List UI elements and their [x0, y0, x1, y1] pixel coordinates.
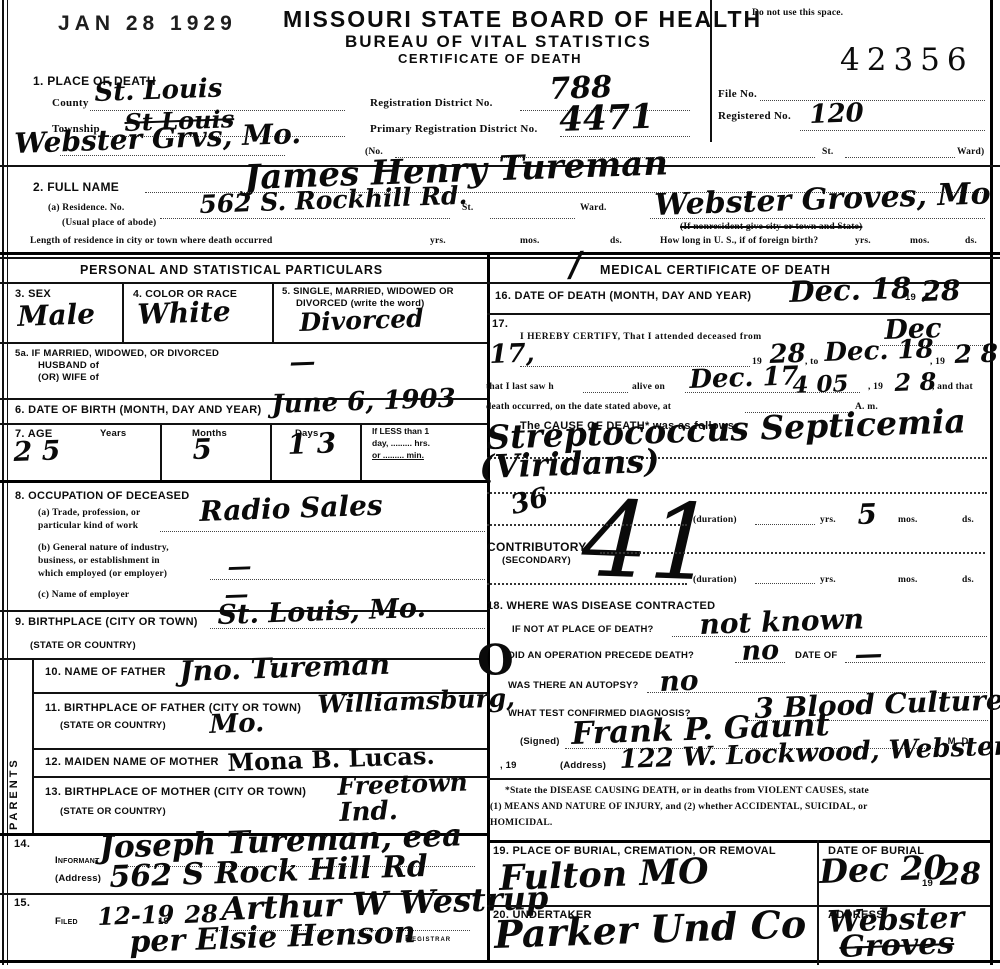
- primary-reg-label: Primary Registration District No.: [370, 123, 538, 135]
- lastsaw-dots2: [685, 392, 860, 393]
- county-value: St. Louis: [94, 74, 223, 108]
- birthplace-label: 9. BIRTHPLACE (CITY OR TOWN): [15, 616, 198, 628]
- residence-st-line: [490, 218, 575, 219]
- father-label: 10. NAME OF FATHER: [45, 666, 166, 678]
- duration1-dots: [487, 524, 687, 526]
- industry-label-3: which employed (or employer): [38, 569, 167, 579]
- header-box-divider: [710, 0, 712, 142]
- trade-label-1: (a) Trade, profession, or: [38, 508, 140, 518]
- lastsaw-year: 2 8: [894, 367, 937, 397]
- certify2-year-prefix2: , 19: [930, 357, 945, 367]
- duration1-yrs: yrs.: [820, 515, 836, 525]
- birthplace-line: [210, 628, 485, 629]
- lastsaw-label-1: that I last saw h: [486, 382, 554, 392]
- certificate-title: CERTIFICATE OF DEATH: [398, 51, 582, 66]
- birthplace-state-note: (STATE OR COUNTRY): [30, 640, 136, 651]
- right-frame-line: [990, 0, 993, 965]
- registered-no-label: Registered No.: [718, 110, 791, 122]
- lastsaw-label-2: alive on: [632, 382, 665, 392]
- st-label-1: St.: [822, 147, 833, 157]
- duration1-mos: mos.: [898, 515, 918, 525]
- dod-value: Dec. 18 ,: [789, 270, 932, 309]
- operation-date-label: DATE OF: [795, 650, 837, 661]
- burial-place-value: Fulton MO: [499, 851, 710, 899]
- trade-value: Radio Sales: [199, 489, 383, 528]
- duration1-ds: ds.: [962, 515, 974, 525]
- age-days-value: 1 3: [287, 426, 337, 461]
- age-months-value: 5: [192, 432, 213, 466]
- ward-line: [845, 157, 955, 158]
- duration2-yrs: yrs.: [820, 575, 836, 585]
- duration2-dots2: [755, 583, 815, 584]
- personal-header-rule: [0, 282, 487, 284]
- mother-state-note: (STATE OR COUNTRY): [60, 806, 166, 817]
- occurred-label: death occurred, on the date stated above…: [486, 402, 671, 412]
- lastsaw-date-value: Dec. 17: [689, 361, 799, 395]
- double-rule-bottom: [0, 257, 1000, 259]
- bureau-title: BUREAU OF VITAL STATISTICS: [345, 32, 652, 52]
- operation-dots: [735, 662, 785, 663]
- father-state-value: Mo.: [209, 708, 265, 740]
- ward-label-2: Ward.: [580, 203, 607, 213]
- dod-label: 16. DATE OF DEATH (MONTH, DAY AND YEAR): [495, 290, 751, 302]
- autopsy-question: WAS THERE AN AUTOPSY?: [508, 680, 639, 691]
- do-not-use-note: Do not use this space.: [752, 8, 843, 18]
- mother-bp-label: 13. BIRTHPLACE OF MOTHER (CITY OR TOWN): [45, 786, 306, 798]
- signed-label: (Signed): [520, 736, 560, 747]
- filed-num: 15.: [14, 897, 30, 909]
- lastsaw-end: , and that: [932, 382, 973, 392]
- dob-rule: [0, 423, 487, 425]
- less-label-2: day, ......... hrs.: [372, 438, 430, 448]
- father-value: Jno. Tureman: [179, 648, 391, 688]
- residence-line: [160, 218, 450, 219]
- informant-num: 14.: [14, 838, 30, 850]
- residence-city-value: Webster Groves, Mo: [654, 176, 991, 223]
- county-label: County: [52, 97, 89, 109]
- duration1-dots2: [755, 524, 815, 525]
- parents-label: PARENTS: [8, 680, 20, 830]
- informant-label: Informant: [55, 855, 100, 866]
- dob-value: June 6, 1903: [271, 384, 456, 420]
- burial-date-year-prefix: 19: [922, 878, 933, 889]
- residence-value: 562 S. Rockhill Rd.: [199, 181, 468, 219]
- less-label-1: If LESS than 1: [372, 426, 429, 436]
- industry-line: [210, 579, 485, 580]
- sex-value: Male: [17, 297, 96, 333]
- duration1-label: (duration): [693, 515, 737, 525]
- full-name-label: 2. FULL NAME: [33, 180, 119, 194]
- race-marital-divider: [272, 282, 274, 342]
- certificate-number: 42356: [840, 42, 974, 78]
- footnote-rule: [487, 840, 990, 843]
- mother-bp-value: Freetown: [337, 767, 468, 801]
- age-div3: [360, 423, 362, 480]
- physician-addr-label: (Address): [560, 760, 606, 771]
- undertaker-addr-value-2: Groves: [839, 926, 955, 965]
- undertaker-value: Parker Und Co: [493, 901, 806, 957]
- employer-label: (c) Name of employer: [38, 590, 129, 600]
- m5a-value: —: [289, 347, 316, 378]
- registered-no-value: 120: [809, 98, 864, 130]
- file-no-line: [760, 100, 985, 101]
- ward-label-1: Ward): [957, 147, 984, 157]
- father-state-note: (STATE OR COUNTRY): [60, 720, 166, 731]
- operation-date-value: —: [854, 637, 883, 671]
- received-date-stamp: JAN 28 1929: [58, 12, 237, 36]
- usual-place-note: (Usual place of abode): [62, 218, 156, 228]
- duration1-value: 5: [857, 497, 878, 531]
- industry-label-2: business, or establishment in: [38, 556, 160, 566]
- years-label: Years: [100, 428, 126, 439]
- trade-label-2: particular kind of work: [38, 521, 138, 531]
- contributory-sub: (SECONDARY): [502, 555, 571, 566]
- m5a-label-2: HUSBAND of: [38, 360, 99, 371]
- length-ds: ds.: [610, 236, 622, 246]
- duration2-mos: mos.: [898, 575, 918, 585]
- footnote-line1: *State the DISEASE CAUSING DEATH, or in …: [505, 786, 869, 796]
- file-no-label: File No.: [718, 88, 757, 100]
- dod-year-value: 28: [921, 274, 961, 308]
- age-years-value: 2 5: [13, 435, 61, 468]
- lastsaw-time-value: 4 05: [792, 370, 849, 399]
- double-rule-top: [0, 252, 1000, 255]
- contracted-label: 18. WHERE WAS DISEASE CONTRACTED: [487, 600, 715, 612]
- age-rule: [0, 480, 487, 483]
- dob-label: 6. DATE OF BIRTH (MONTH, DAY AND YEAR): [15, 404, 262, 416]
- residence-city-line: [650, 218, 985, 219]
- howlong-mos: mos.: [910, 236, 930, 246]
- occupation-label: 8. OCCUPATION OF DECEASED: [15, 490, 190, 502]
- residence-label: (a) Residence. No.: [48, 203, 124, 213]
- sex-race-divider: [122, 282, 124, 342]
- row5-rule: [0, 342, 487, 344]
- parents-bracket-line: [32, 658, 34, 833]
- cause-code-big: 41: [580, 478, 718, 605]
- contracted-sub-label: IF NOT AT PLACE OF DEATH?: [512, 624, 654, 635]
- duration2-ds: ds.: [962, 575, 974, 585]
- burial-date-year: 28: [939, 857, 982, 893]
- less-label-3: or ......... min.: [372, 450, 424, 460]
- certify2-to-label: , to: [805, 357, 818, 367]
- city-line: [60, 155, 285, 156]
- duration2-dots: [487, 583, 687, 585]
- mother-label: 12. MAIDEN NAME OF MOTHER: [45, 756, 219, 768]
- age-div1: [160, 423, 162, 480]
- marital-label-1: 5. SINGLE, MARRIED, WIDOWED OR: [282, 286, 454, 297]
- primary-reg-line: [560, 136, 690, 137]
- duration2-label: (duration): [693, 575, 737, 585]
- m5a-label-3: (OR) WIFE of: [38, 372, 99, 383]
- attended-to-value: Dec. 18: [824, 334, 934, 368]
- length-residence-label: Length of residence in city or town wher…: [30, 236, 272, 246]
- father-bp-value: Williamsburg,: [317, 683, 515, 719]
- industry-label-1: (b) General nature of industry,: [38, 543, 169, 553]
- operation-date-dots: [845, 662, 985, 663]
- howlong-yrs: yrs.: [855, 236, 871, 246]
- board-title: MISSOURI STATE BOARD OF HEALTH: [283, 6, 762, 33]
- contributory-dots: [600, 552, 985, 554]
- lastsaw-dots1: [583, 392, 628, 393]
- birthplace-value: St. Louis, Mo.: [217, 593, 426, 631]
- informant-addr-label: (Address): [55, 873, 101, 884]
- personal-header: PERSONAL AND STATISTICAL PARTICULARS: [80, 263, 383, 277]
- certify2-year2: 2 8: [954, 338, 998, 369]
- length-mos: mos.: [520, 236, 540, 246]
- nonresident-note: (If nonresident give city or town and St…: [680, 222, 862, 232]
- howlong-ds: ds.: [965, 236, 977, 246]
- marital-value: Divorced: [299, 304, 424, 337]
- date19-label: , 19: [500, 760, 517, 771]
- length-yrs: yrs.: [430, 236, 446, 246]
- trade-line: [160, 531, 485, 532]
- registered-no-line: [800, 130, 985, 131]
- st-label-2: St.: [462, 203, 473, 213]
- filed-label: Filed: [55, 916, 78, 927]
- race-value: White: [137, 295, 231, 331]
- operation-question: DID AN OPERATION PRECEDE DEATH?: [508, 650, 694, 661]
- howlong-label: How long in U. S., if of foreign birth?: [660, 236, 818, 246]
- primary-reg-value: 4471: [559, 97, 655, 140]
- footnote-line3: HOMICIDAL.: [490, 818, 552, 828]
- cause-dots-2: [487, 492, 987, 494]
- cause-code-small: 36: [508, 482, 552, 521]
- contributory-label: CONTRIBUTORY: [487, 540, 587, 554]
- reg-district-label: Registration District No.: [370, 97, 493, 109]
- death-certificate-document: JAN 28 1929 MISSOURI STATE BOARD OF HEAL…: [0, 0, 1000, 969]
- dod-year-prefix: 19: [905, 292, 916, 303]
- contracted-dots: [672, 636, 987, 637]
- m5a-label-1: 5a. IF MARRIED, WIDOWED, OR DIVORCED: [15, 348, 219, 359]
- c17-label: 17.: [492, 318, 508, 330]
- stray-pen-mark: /: [569, 245, 583, 285]
- industry-value: —: [227, 551, 252, 581]
- footnote-line2: (1) MEANS AND NATURE OF INJURY, and (2) …: [490, 802, 868, 812]
- physician-rule: [487, 778, 990, 780]
- age-div2: [270, 423, 272, 480]
- certify-line1: I HEREBY CERTIFY, That I attended deceas…: [520, 332, 762, 342]
- lastsaw-year-prefix: , 19: [868, 382, 883, 392]
